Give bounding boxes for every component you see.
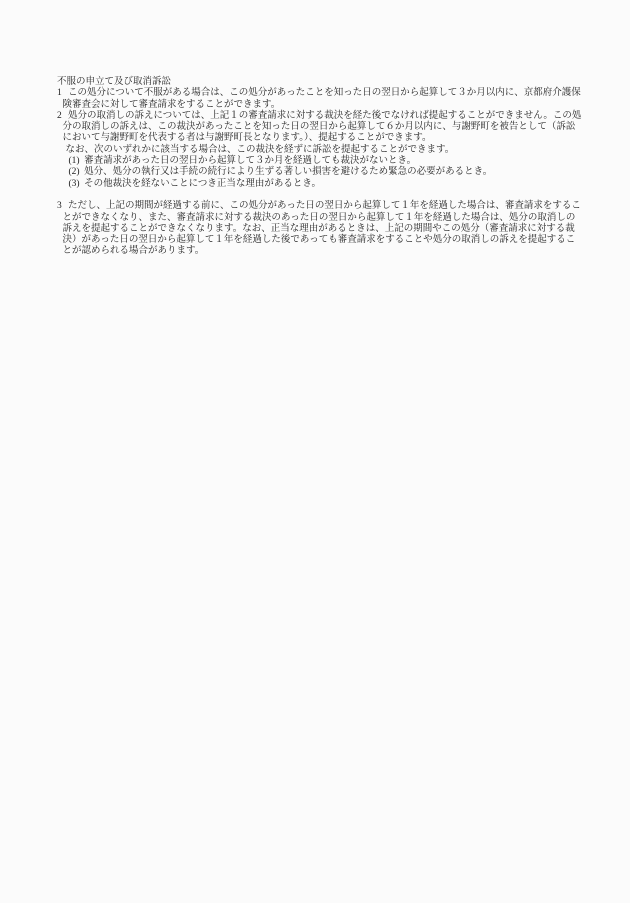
item-text: 処分の取消しの訴えについては、上記１の審査請求に対する裁決を経た後でなければ提起… bbox=[63, 111, 582, 144]
item-2-note: なお、次のいずれかに該当する場合は、この裁決を経ずに訴訟を提起することができます… bbox=[57, 145, 583, 156]
item-text: この処分について不服がある場合は、この処分があったことを知った日の翌日から起算し… bbox=[63, 88, 581, 109]
sub-list-item-1: (1)審査請求があった日の翌日から起算して３か月を経過しても裁決がないとき。 bbox=[57, 156, 583, 167]
subitem-text: 処分、処分の執行又は手続の続行により生ずる著しい損害を避けるため緊急の必要がある… bbox=[84, 167, 492, 177]
item-text: ただし、上記の期間が経過する前に、この処分があった日の翌日から起算して１年を経過… bbox=[63, 201, 581, 256]
subitem-number: (2) bbox=[69, 167, 80, 178]
subitem-number: (1) bbox=[69, 156, 80, 167]
subitem-number: (3) bbox=[69, 179, 80, 190]
list-item-2: 2処分の取消しの訴えについては、上記１の審査請求に対する裁決を経た後でなければ提… bbox=[57, 111, 583, 145]
list-item-1: 1この処分について不服がある場合は、この処分があったことを知った日の翌日から起算… bbox=[57, 88, 583, 111]
sub-list-item-2: (2)処分、処分の執行又は手続の続行により生ずる著しい損害を避けるため緊急の必要… bbox=[57, 167, 583, 178]
item-number: 2 bbox=[57, 111, 68, 122]
document-text-block: 不服の申立て及び取消訴訟 1この処分について不服がある場合は、この処分があったこ… bbox=[57, 77, 583, 258]
subitem-text: 審査請求があった日の翌日から起算して３か月を経過しても裁決がないとき。 bbox=[84, 156, 416, 166]
item-number: 1 bbox=[57, 88, 68, 99]
list-item-3: 3ただし、上記の期間が経過する前に、この処分があった日の翌日から起算して１年を経… bbox=[57, 201, 583, 257]
sub-list-item-3: (3)その他裁決を経ないことにつき正当な理由があるとき。 bbox=[57, 179, 583, 190]
subitem-text: その他裁決を経ないことにつき正当な理由があるとき。 bbox=[84, 179, 321, 189]
document-title: 不服の申立て及び取消訴訟 bbox=[57, 77, 583, 88]
document-page: 不服の申立て及び取消訴訟 1この処分について不服がある場合は、この処分があったこ… bbox=[0, 0, 630, 903]
item-number: 3 bbox=[57, 201, 68, 212]
